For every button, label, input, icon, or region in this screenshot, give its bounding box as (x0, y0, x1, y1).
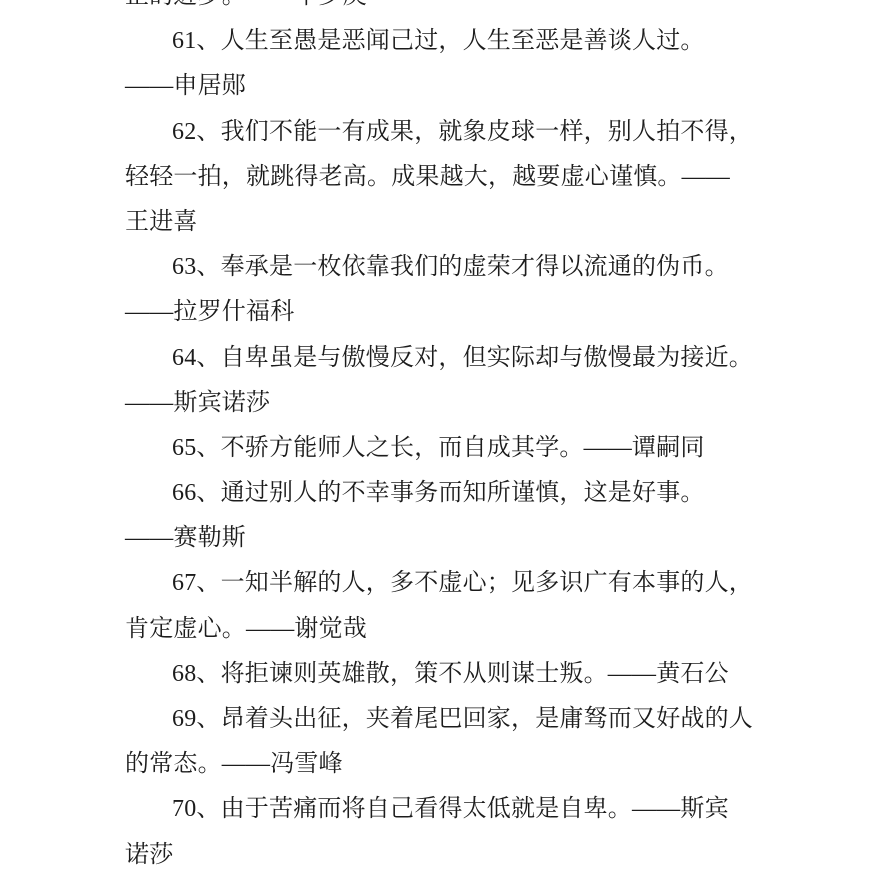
quote-line-66: 66、通过别人的不幸事务而知所谨慎，这是好事。 (125, 471, 785, 516)
clipped-line-quote-60: 正的进步。——华罗庚 (125, 0, 785, 19)
quote-line-62: 62、我们不能一有成果，就象皮球一样，别人拍不得， (125, 110, 785, 155)
quote-63-author-line: ——拉罗什福科 (125, 290, 785, 335)
quote-line-70: 70、由于苦痛而将自己看得太低就是自卑。——斯宾 (125, 787, 785, 832)
quote-line-63: 63、奉承是一枚依靠我们的虚荣才得以流通的伪币。 (125, 245, 785, 290)
quote-line-61: 61、人生至愚是恶闻己过，人生至恶是善谈人过。 (125, 19, 785, 64)
quote-69-continuation-line: 的常态。——冯雪峰 (125, 742, 785, 787)
quote-62-continuation-line: 轻轻一拍，就跳得老高。成果越大，越要虚心谨慎。—— (125, 155, 785, 200)
quote-line-67: 67、一知半解的人，多不虚心；见多识广有本事的人， (125, 561, 785, 606)
quote-70-continuation-line: 诺莎 (125, 833, 785, 872)
quote-list: 正的进步。——华罗庚 61、人生至愚是恶闻己过，人生至恶是善谈人过。 ——申居郧… (125, 0, 785, 872)
quote-67-continuation-line: 肯定虚心。——谢觉哉 (125, 607, 785, 652)
quote-64-author-line: ——斯宾诺莎 (125, 381, 785, 426)
quote-line-65: 65、不骄方能师人之长，而自成其学。——谭嗣同 (125, 426, 785, 471)
quote-line-68: 68、将拒谏则英雄散，策不从则谋士叛。——黄石公 (125, 652, 785, 697)
quote-line-64: 64、自卑虽是与傲慢反对，但实际却与傲慢最为接近。 (125, 336, 785, 381)
document-page: 正的进步。——华罗庚 61、人生至愚是恶闻己过，人生至恶是善谈人过。 ——申居郧… (0, 0, 872, 872)
quote-61-author-line: ——申居郧 (125, 64, 785, 109)
quote-66-author-line: ——赛勒斯 (125, 516, 785, 561)
quote-line-69: 69、昂着头出征，夹着尾巴回家，是庸驽而又好战的人 (125, 697, 785, 742)
quote-62-author-line: 王进喜 (125, 200, 785, 245)
